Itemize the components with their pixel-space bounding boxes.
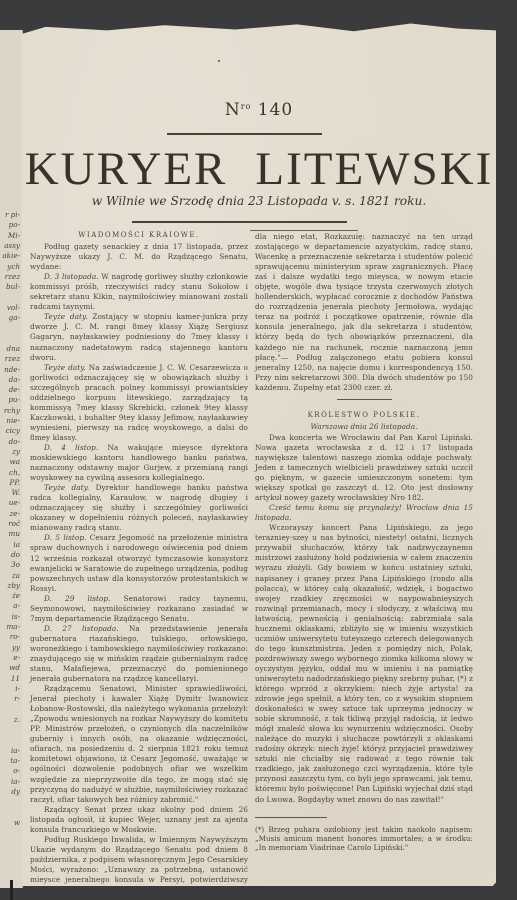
- previous-page-text-fragment: ro-: [10, 632, 20, 641]
- previous-page-text-fragment: 3o: [11, 560, 20, 569]
- previous-page-text-fragment: nie-: [6, 416, 20, 425]
- article-paragraph: D. 4 listop. Na wakujące mieysce dyrekto…: [30, 443, 248, 483]
- issue-number: Nro 140: [22, 100, 496, 120]
- paragraph-text: Na zaświadczenie J. C. W. Cesarzewicza o…: [30, 363, 248, 442]
- previous-page-edge: r pi-po-Mi-assyakie-ychrzezbul-vol-ga-dn…: [0, 30, 23, 888]
- article-paragraph: D. 3 listopada. W nagrodę gorliwey służb…: [30, 272, 248, 312]
- paragraph-text: Rządzącemu Senatowi, Minister sprawiedli…: [30, 684, 248, 804]
- previous-page-text-fragment: ue-: [9, 498, 20, 507]
- issue-prefix: N: [225, 100, 241, 120]
- previous-page-text-fragment: ze-: [10, 509, 20, 518]
- article-paragraph: Rządzący Senat przez ukaz okolny pod dni…: [30, 805, 248, 835]
- section-heading-poland: KRÓLESTWO POLSKIE.: [255, 410, 473, 420]
- previous-page-text-fragment: W.: [12, 488, 20, 497]
- footnote-rule: [255, 817, 327, 818]
- paragraph-text: Podług Ruskiego Inwalida, w Imiennym Nay…: [30, 835, 248, 894]
- previous-page-text-fragment: cicy: [6, 426, 20, 435]
- article-paragraph: Cześć temu komu się przynależy! Wrocław …: [255, 503, 473, 523]
- previous-page-text-fragment: z.: [14, 715, 20, 724]
- previous-page-text-fragment: PP.: [10, 478, 21, 487]
- previous-page-text-fragment: do: [11, 550, 20, 559]
- previous-page-text-fragment: że: [12, 591, 20, 600]
- previous-page-text-fragment: mu: [9, 529, 20, 538]
- previous-page-text-fragment: pu-: [8, 395, 20, 404]
- previous-page-text-fragment: assy: [4, 241, 20, 250]
- previous-page-text-fragment: is-: [12, 612, 20, 621]
- paragraph-text: Podług gazety senackiey z dnia 17 listop…: [30, 242, 248, 271]
- article-paragraph: Podług gazety senackiey z dnia 17 listop…: [30, 242, 248, 272]
- previous-page-text-fragment: zby: [8, 581, 20, 590]
- previous-page-text-fragment: ia: [13, 540, 20, 549]
- paragraph-date-lead: D. 5 listop.: [44, 533, 86, 542]
- article-paragraph: D. 5 listop. Cesarz Jegomość na przełoże…: [30, 533, 248, 593]
- paragraph-date-lead: D. 3 listopada.: [44, 272, 99, 281]
- previous-page-text-fragment: bul-: [6, 282, 20, 291]
- newspaper-page: Nro 140 KURYERLITEWSKI w Wilnie we Srzod…: [22, 20, 496, 886]
- paragraph-text: Dwa koncerta we Wrocławiu dał Pan Karol …: [255, 433, 473, 502]
- article-paragraph: D. 27 listopada. Na przedstawienie jener…: [30, 624, 248, 684]
- previous-page-text-fragment: vol-: [7, 303, 20, 312]
- issue-number-value: 140: [258, 100, 293, 120]
- newspaper-title: KURYERLITEWSKI: [22, 142, 496, 196]
- article-paragraph: Teyże daty. Dyrektor handlowego banku pa…: [30, 483, 248, 533]
- section-subheading: Warszawa dnia 26 listopada.: [255, 422, 473, 432]
- right-column: dla niego etat, Rozkazuię: naznaczyć na …: [255, 232, 473, 853]
- previous-page-text-fragment: do-: [9, 437, 20, 446]
- previous-page-text-fragment: dy: [11, 787, 20, 796]
- previous-page-text-fragment: ta-: [10, 756, 20, 765]
- previous-page-text-fragment: Mi-: [8, 231, 20, 240]
- paragraph-date-lead: D. 27 listopada.: [44, 624, 119, 633]
- left-column: WIADOMOŚCI KRAIOWE. Podług gazety senack…: [30, 228, 248, 895]
- previous-page-text-fragment: rzez: [5, 272, 20, 281]
- paragraph-date-lead: Teyże daty.: [44, 312, 88, 321]
- masthead-rule-bottom: [132, 221, 347, 223]
- article-paragraph: Dwa koncerta we Wrocławiu dał Pan Karol …: [255, 433, 473, 503]
- paragraph-date-lead: Teyże daty.: [44, 483, 89, 492]
- previous-page-text-fragment: ga-: [9, 313, 20, 322]
- article-paragraph: Rządzącemu Senatowi, Minister sprawiedli…: [30, 684, 248, 805]
- previous-page-text-fragment: rchy: [4, 406, 20, 415]
- previous-page-text-fragment: zy: [12, 447, 20, 456]
- binding-spine: [10, 880, 13, 900]
- previous-page-text-fragment: ia-: [11, 777, 20, 786]
- previous-page-text-fragment: za: [12, 571, 20, 580]
- previous-page-text-fragment: ych: [7, 262, 20, 271]
- previous-page-text-fragment: wa: [10, 457, 20, 466]
- previous-page-text-fragment: yy: [12, 643, 20, 652]
- section-divider: [337, 399, 392, 400]
- footnote: (*) Brzeg puhara ozdobiony jest takim na…: [255, 825, 473, 853]
- italic-line: Cześć temu komu się przynależy! Wrocław …: [255, 503, 473, 522]
- previous-page-text-fragment: po-: [9, 220, 20, 229]
- previous-page-text-fragment: de-: [9, 385, 20, 394]
- paragraph-date-lead: Teyże daty.: [44, 363, 86, 372]
- column-top-rule: [250, 230, 358, 231]
- previous-page-text-fragment: ch,: [9, 468, 20, 477]
- dateline: w Wilnie we Srzodę dnia 23 Listopada v. …: [22, 194, 496, 208]
- previous-page-text-fragment: dna: [6, 344, 20, 353]
- previous-page-text-fragment: 11: [11, 674, 20, 683]
- previous-page-text-fragment: o-: [13, 766, 20, 775]
- paragraph-text: Wczorayszy koncert Pana Lipińskiego, za …: [255, 523, 473, 803]
- paragraph-date-lead: D. 29 listop.: [44, 594, 111, 603]
- title-word-2: LITEWSKI: [255, 143, 493, 195]
- paragraph-text: Rządzący Senat przez ukaz okolny pod dni…: [30, 805, 248, 834]
- continuation-paragraph: dla niego etat, Rozkazuię: naznaczyć na …: [255, 232, 473, 393]
- article-paragraph: Wczorayszy koncert Pana Lipińskiego, za …: [255, 523, 473, 804]
- previous-page-text-fragment: wd: [9, 663, 20, 672]
- article-paragraph: Teyże daty. Zostający w stopniu kamer-ju…: [30, 312, 248, 362]
- previous-page-text-fragment: roć: [8, 519, 20, 528]
- masthead-rule-top: [167, 133, 322, 135]
- paragraph-date-lead: D. 4 listop.: [44, 443, 98, 452]
- previous-page-text-fragment: r pi-: [5, 210, 20, 219]
- article-paragraph: Teyże daty. Na zaświadczenie J. C. W. Ce…: [30, 363, 248, 443]
- previous-page-text-fragment: i-: [15, 684, 20, 693]
- section-heading-domestic: WIADOMOŚCI KRAIOWE.: [30, 230, 248, 240]
- previous-page-text-fragment: nde-: [4, 365, 20, 374]
- previous-page-text-fragment: r-: [14, 694, 20, 703]
- previous-page-text-fragment: akie-: [2, 251, 20, 260]
- title-word-1: KURYER: [25, 143, 228, 195]
- previous-page-text-fragment: a-: [13, 601, 20, 610]
- previous-page-text-fragment: e-: [13, 653, 20, 662]
- previous-page-text-fragment: ma-: [6, 622, 20, 631]
- paper-speck: [218, 60, 220, 62]
- previous-page-text-fragment: ia-: [11, 746, 20, 755]
- previous-page-text-fragment: rzez: [5, 354, 20, 363]
- previous-page-text-fragment: da-: [9, 375, 20, 384]
- previous-page-text-fragment: w: [14, 818, 20, 827]
- article-paragraph: Podług Ruskiego Inwalida, w Imiennym Nay…: [30, 835, 248, 895]
- right-paragraphs: Dwa koncerta we Wrocławiu dał Pan Karol …: [255, 433, 473, 805]
- article-paragraph: D. 29 listop. Senatorowi radcy taynemu, …: [30, 594, 248, 624]
- issue-superscript: ro: [241, 102, 252, 111]
